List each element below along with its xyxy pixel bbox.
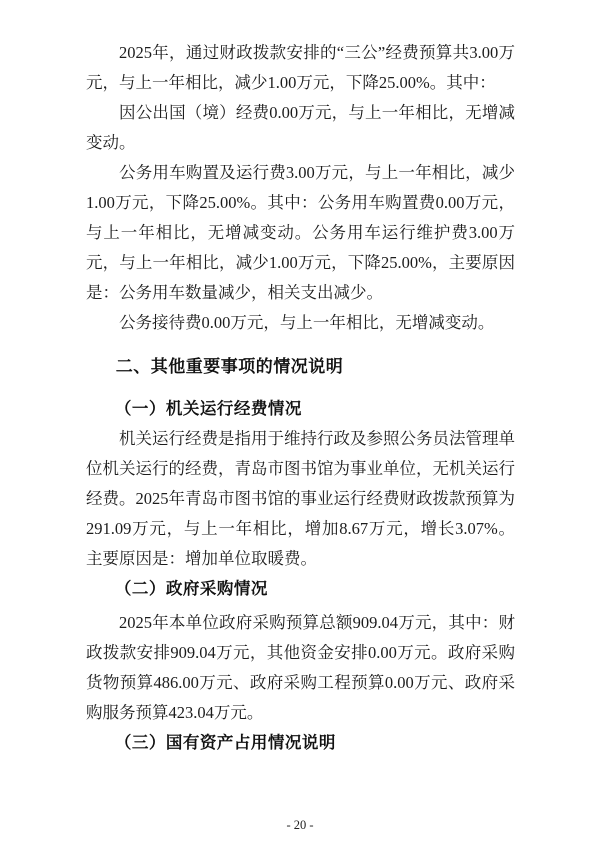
paragraph-government-procurement-detail: 2025年本单位政府采购预算总额909.04万元，其中：财政拨款安排909.04… bbox=[86, 608, 515, 728]
subsection-heading-state-owned-assets: （三）国有资产占用情况说明 bbox=[86, 728, 515, 758]
paragraph-official-vehicle-expense: 公务用车购置及运行费3.00万元，与上一年相比，减少1.00万元，下降25.00… bbox=[86, 158, 515, 308]
subsection-heading-agency-operating-funds: （一）机关运行经费情况 bbox=[86, 394, 515, 424]
paragraph-three-public-expense-summary: 2025年，通过财政拨款安排的“三公”经费预算共3.00万元，与上一年相比，减少… bbox=[86, 38, 515, 98]
page-number: - 20 - bbox=[0, 818, 600, 832]
paragraph-agency-operating-funds-detail: 机关运行经费是指用于维持行政及参照公务员法管理单位机关运行的经费，青岛市图书馆为… bbox=[86, 424, 515, 574]
document-page: 2025年，通过财政拨款安排的“三公”经费预算共3.00万元，与上一年相比，减少… bbox=[0, 0, 600, 848]
section-heading-other-important-matters: 二、其他重要事项的情况说明 bbox=[86, 352, 515, 382]
paragraph-overseas-trip-expense: 因公出国（境）经费0.00万元，与上一年相比，无增减变动。 bbox=[86, 98, 515, 158]
subsection-heading-government-procurement: （二）政府采购情况 bbox=[86, 574, 515, 604]
paragraph-official-reception-expense: 公务接待费0.00万元，与上一年相比，无增减变动。 bbox=[86, 308, 515, 338]
